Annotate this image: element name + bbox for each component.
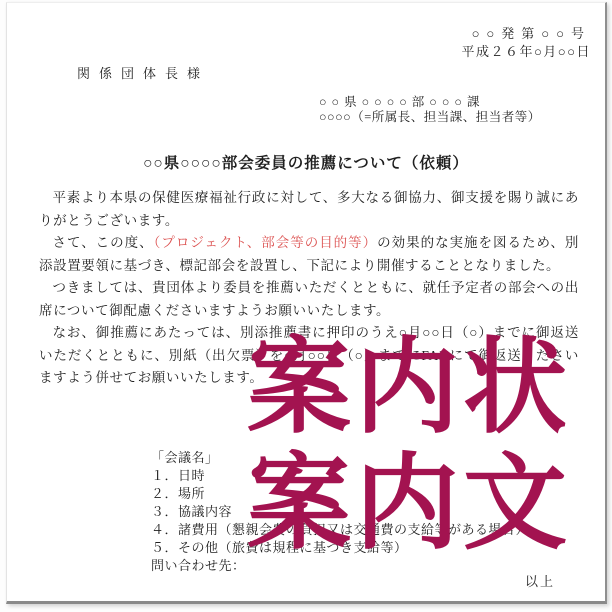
paragraph-greeting: 平素より本県の保健医療福祉行政に対して、多大なる御協力、御支援を賜り誠にありがと…: [39, 187, 579, 232]
doc-header: ○○発第○○号 平成２６年○月○○日: [461, 25, 591, 61]
sender-block: ○○県○○○○部○○○課 ○○○○（=所属長、担当課、担当者等）: [319, 95, 541, 125]
meeting-item-place: ２．場所: [151, 485, 529, 503]
red-placeholder-text: （プロジェクト、部会等の目的等）: [154, 235, 378, 250]
meeting-item-expenses: ４．諸費用（懇親会費の負担又は交通費の支給等がある場合）: [151, 521, 529, 539]
paragraph-request: つきましては、貴団体より委員を推薦いただくとともに、就任予定者の部会への出席につ…: [39, 277, 579, 322]
addressee: 関係団体長様: [77, 63, 209, 82]
meeting-info: 「会議名」 １．日時 ２．場所 ３．協議内容 ４．諸費用（懇親会費の負担又は交通…: [151, 449, 529, 575]
doc-date: 平成２６年○月○○日: [461, 43, 591, 61]
sender-department: ○○県○○○○部○○○課: [319, 95, 541, 110]
document-title: ○○県○○○○部会委員の推薦について（依頼）: [7, 151, 605, 173]
meeting-item-other: ５．その他（旅費は規程に基づき支給等）: [151, 539, 529, 557]
screenshot-canvas: ○○発第○○号 平成２６年○月○○日 関係団体長様 ○○県○○○○部○○○課 ○…: [0, 0, 612, 612]
contact-label: 問い合わせ先：: [151, 557, 529, 575]
sender-person: ○○○○（=所属長、担当課、担当者等）: [319, 110, 541, 125]
meeting-item-datetime: １．日時: [151, 467, 529, 485]
paragraph-purpose: さて、この度、（プロジェクト、部会等の目的等）の効果的な実施を図るため、別添設置…: [39, 232, 579, 277]
paragraph-purpose-before: さて、この度、: [53, 235, 154, 250]
doc-number: ○○発第○○号: [461, 25, 591, 43]
meeting-item-agenda: ３．協議内容: [151, 503, 529, 521]
document-body: 平素より本県の保健医療福祉行政に対して、多大なる御協力、御支援を賜り誠にありがと…: [39, 187, 579, 390]
closing-ijou: 以上: [525, 571, 555, 590]
document-page: ○○発第○○号 平成２６年○月○○日 関係団体長様 ○○県○○○○部○○○課 ○…: [6, 2, 607, 604]
paragraph-deadline: なお、御推薦にあたっては、別添推薦書に押印のうえ○月○○日（○）までに御返送いた…: [39, 322, 579, 390]
meeting-name-label: 「会議名」: [151, 449, 529, 467]
